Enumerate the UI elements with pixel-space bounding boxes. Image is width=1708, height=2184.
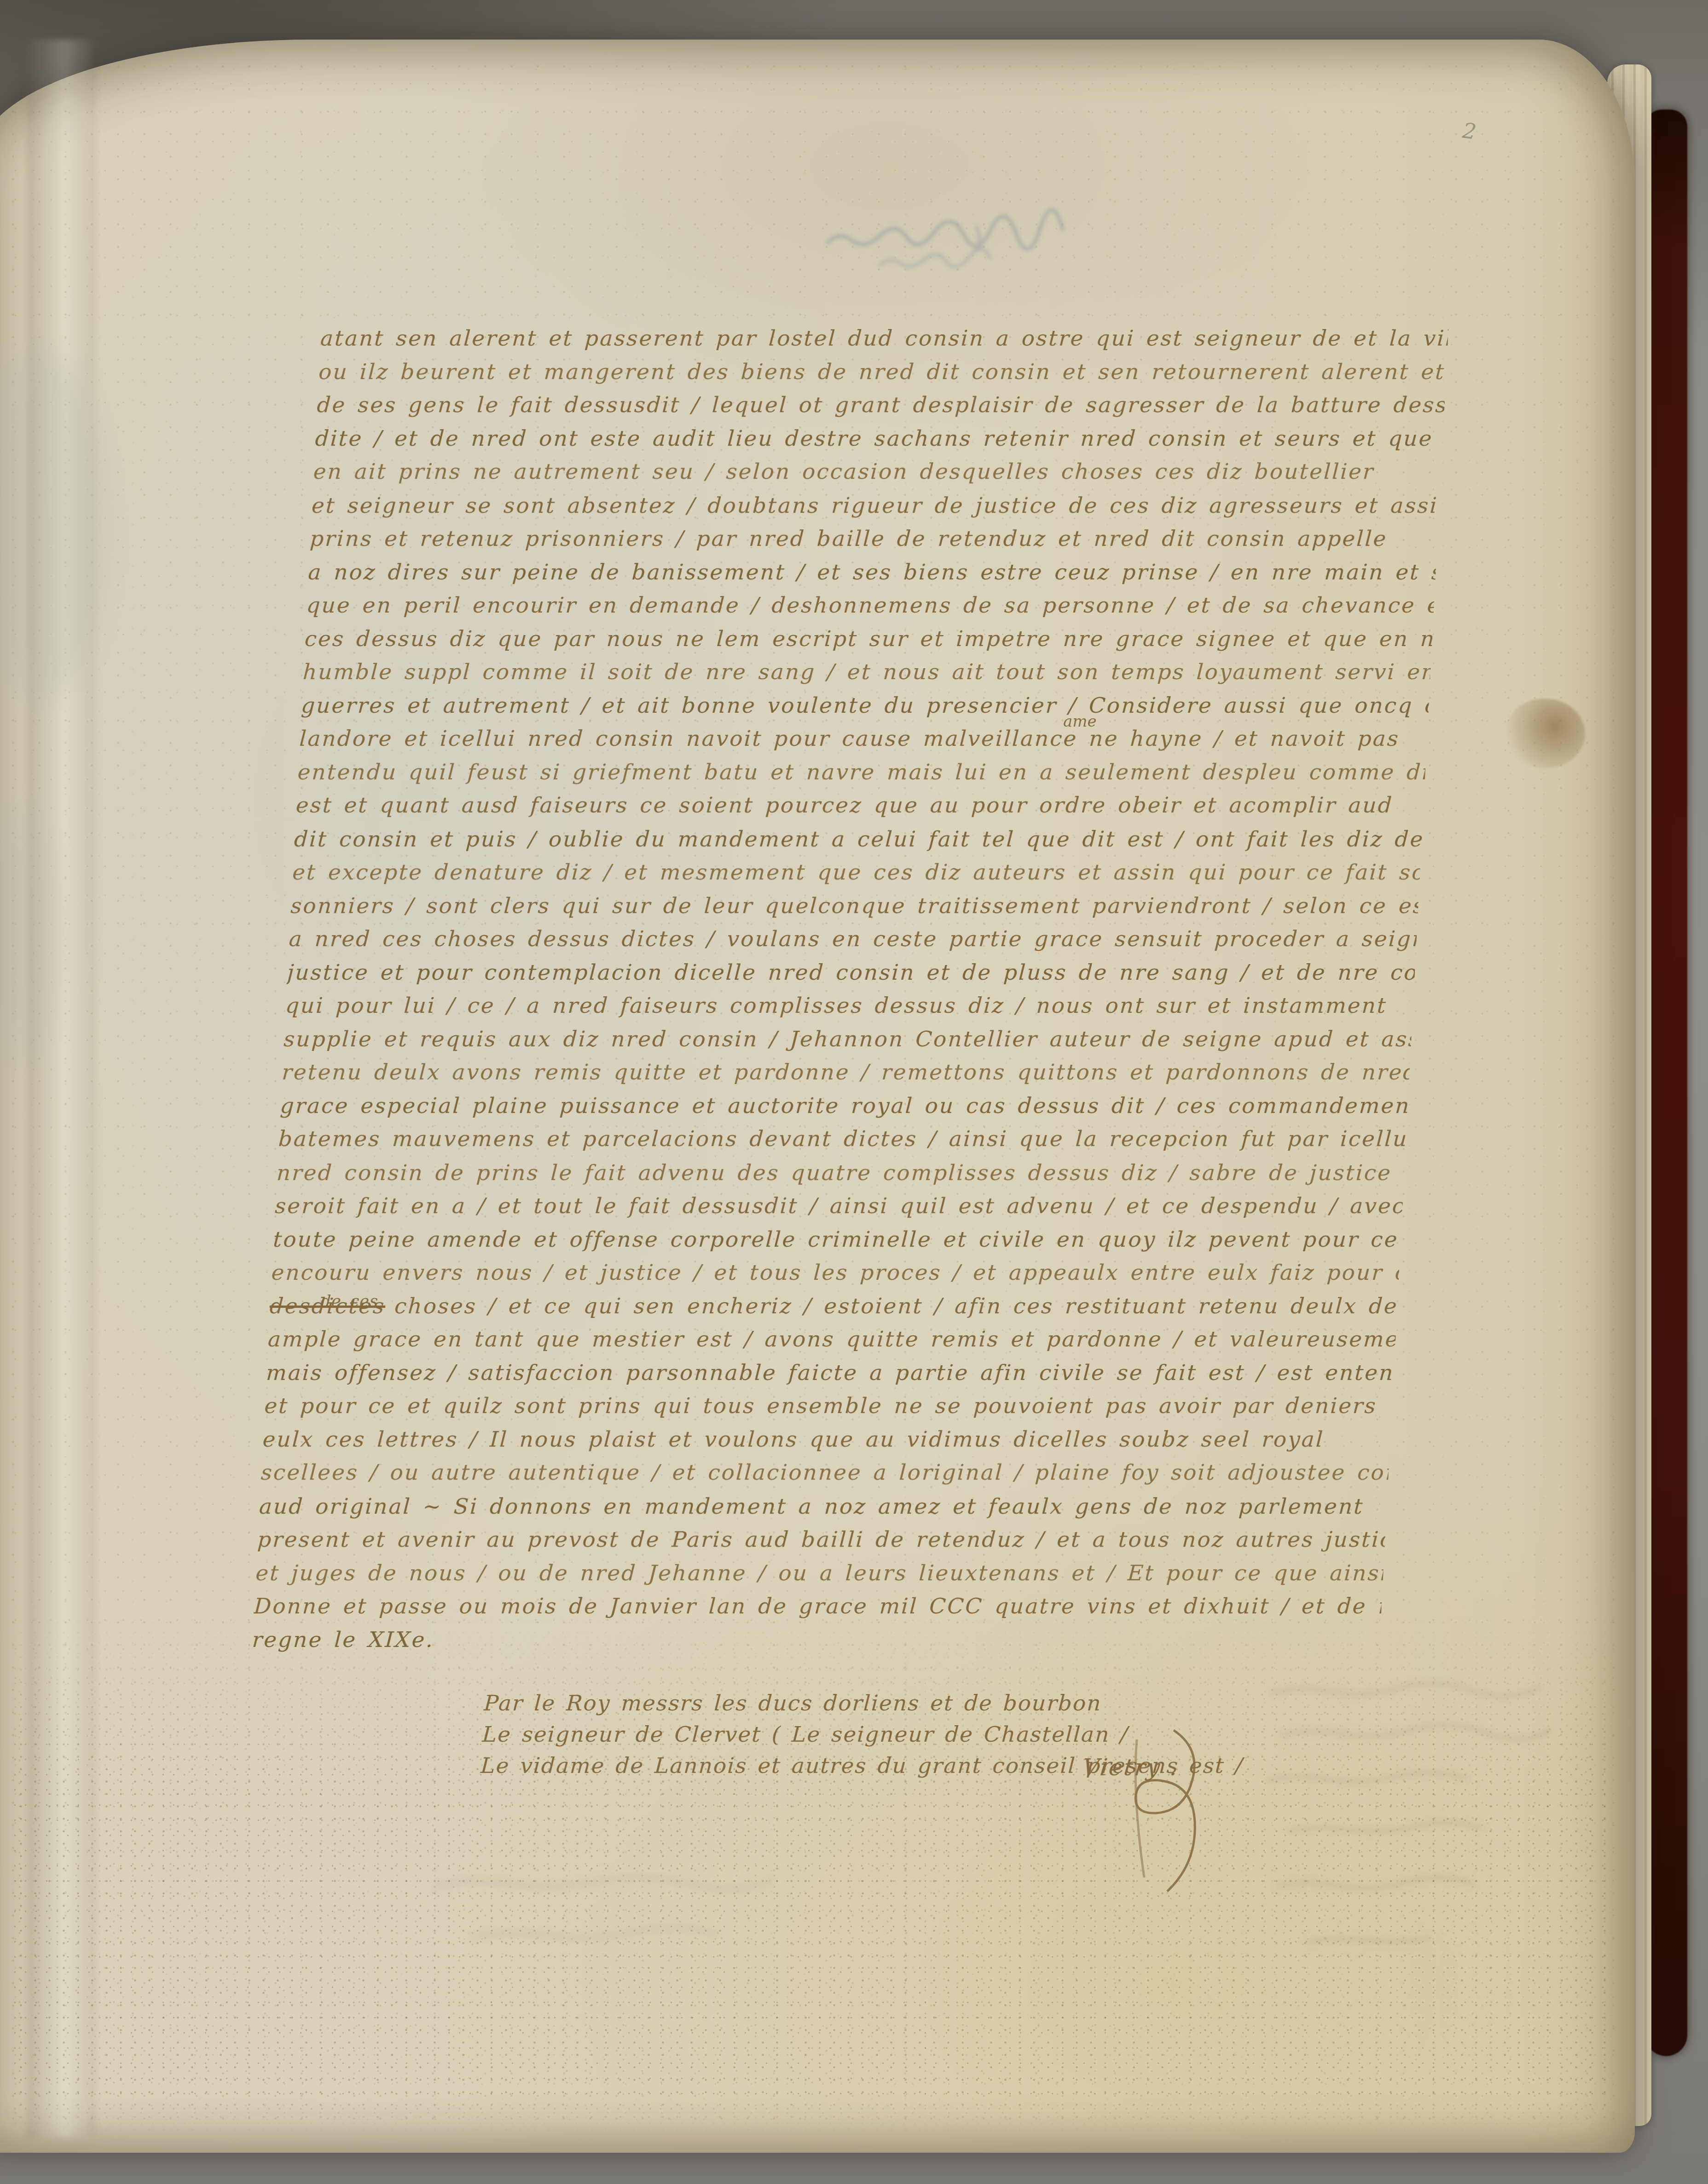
text-line: mais offensez / satisfaccion parsonnable… (265, 1357, 1395, 1390)
text-line: sonniers / sont clers qui sur de leur qu… (290, 890, 1419, 923)
text-line-content: nred consin de prins le fait advenu des … (276, 1160, 1393, 1185)
signature-line: Le seigneur de Clervet ( Le seigneur de … (481, 1719, 1174, 1751)
text-line: humble suppl comme il soit de nre sang /… (302, 656, 1431, 689)
text-line: retenu deulx avons remis quitte et pardo… (281, 1056, 1411, 1090)
text-line: a noz dires sur peine de banissement / e… (307, 556, 1437, 589)
text-line-content: et seigneur se sont absentez / doubtans … (311, 493, 1440, 518)
text-line-content: retenu deulx avons remis quitte et pardo… (281, 1060, 1410, 1085)
text-line-content: sonniers / sont clers qui sur de leur qu… (290, 893, 1419, 919)
signature-line: Le vidame de Lannois et autres du grant … (480, 1751, 1172, 1782)
text-line: que en peril encourir en demande / desho… (306, 589, 1435, 623)
text-line: et seigneur se sont absentez / doubtans … (311, 489, 1440, 523)
text-line-content: regne le XIXe. (252, 1627, 435, 1652)
text-line-content: a noz dires sur peine de banissement / e… (307, 560, 1436, 585)
ink-stain (1504, 699, 1585, 768)
text-line: Donne et passe ou mois de Janvier lan de… (253, 1590, 1383, 1624)
text-line: landore et icellui nred consin navoit po… (299, 722, 1428, 756)
bleedthrough-ghost-bottom-left (414, 1859, 828, 1997)
text-line: nred consin de prins le fait advenu des … (276, 1156, 1405, 1190)
text-line-content: qui pour lui / ce / a nred faiseurs comp… (285, 993, 1388, 1018)
interlinear-annotation: ame (1063, 712, 1097, 731)
text-line-content: supplie et requis aux diz nred consin / … (283, 1027, 1412, 1052)
text-line-content: de ses gens le fait dessusdit / lequel o… (316, 393, 1445, 418)
text-line-content: dite / et de nred ont este audit lieu de… (314, 426, 1443, 451)
text-line-content: landore et icellui nred consin navoit po… (299, 726, 1400, 751)
text-line-content: seroit fait en a / et tout le fait dessu… (274, 1193, 1403, 1219)
text-line: present et avenir au prevost de Paris au… (256, 1523, 1386, 1557)
text-line: entendu quil feust si griefment batu et … (297, 756, 1426, 790)
text-line: seroit fait en a / et tout le fait dessu… (274, 1190, 1403, 1223)
text-line-content: encouru envers nous / et justice / et to… (271, 1260, 1400, 1285)
text-line-content: en ait prins ne autrement seu / selon oc… (313, 459, 1375, 485)
text-line-content: Donne et passe ou mois de Janvier lan de… (253, 1594, 1382, 1619)
text-line-content: a nred ces choses dessus dictes / voulan… (288, 926, 1417, 952)
text-line-content: justice et pour contemplacion dicelle nr… (286, 960, 1415, 985)
text-line: est et quant ausd faiseurs ce soient pou… (295, 789, 1424, 823)
text-line: ou ilz beurent et mangerent des biens de… (318, 356, 1447, 389)
manuscript-text-block: atant sen alerent et passerent par loste… (251, 322, 1449, 1657)
text-line: ces dessus diz que par nous ne lem escri… (304, 623, 1433, 656)
text-line-content: scellees / ou autre autentique / et coll… (261, 1460, 1390, 1485)
text-line-content: guerres et autrement / et ait bonne voul… (301, 693, 1430, 718)
text-line-content: batemes mauvemens et parcelacions devant… (278, 1127, 1407, 1152)
text-line-content: choses / et ce qui sen encheriz / estoie… (394, 1294, 1398, 1319)
text-line-content: aud original ~ Si donnons en mandement a… (259, 1494, 1365, 1519)
text-line-content: que en peril encourir en demande / desho… (306, 593, 1435, 618)
text-line-content: grace especial plaine puissance et aucto… (279, 1093, 1408, 1119)
text-line-content: mais offensez / satisfaccion parsonnable… (266, 1360, 1395, 1386)
text-line: dit consin et puis / oublie du mandement… (293, 823, 1423, 856)
notarial-paraph (1118, 1721, 1220, 1896)
text-line: et excepte denature diz / et mesmement q… (291, 856, 1421, 890)
text-line: ample grace en tant que mestier est / av… (267, 1323, 1396, 1357)
text-line: de ses gens le fait dessusdit / lequel o… (316, 389, 1446, 422)
signature-block: Par le Roy messrs les ducs dorliens et d… (480, 1688, 1175, 1782)
text-line-content: humble suppl comme il soit de nre sang /… (302, 659, 1431, 685)
text-line-content: atant sen alerent et passerent par loste… (320, 326, 1449, 351)
text-line-content: est et quant ausd faiseurs ce soient pou… (295, 793, 1394, 818)
text-line-content: et excepte denature diz / et mesmement q… (292, 860, 1421, 885)
text-line-content: ample grace en tant que mestier est / av… (267, 1327, 1396, 1352)
text-line: toute peine amende et offense corporelle… (272, 1223, 1402, 1257)
text-line: aud original ~ Si donnons en mandement a… (258, 1490, 1388, 1524)
text-line-content: et pour ce et quilz sont prins qui tous … (264, 1393, 1378, 1419)
text-line: encouru envers nous / et justice / et to… (271, 1256, 1400, 1290)
text-line: guerres et autrement / et ait bonne voul… (300, 689, 1430, 723)
interlinear-correction: de ces (320, 1290, 379, 1319)
text-line: eulx ces lettres / Il nous plaist et vou… (262, 1423, 1391, 1457)
signature-line: Par le Roy messrs les ducs dorliens et d… (483, 1688, 1175, 1719)
text-line: scellees / ou autre autentique / et coll… (260, 1456, 1390, 1490)
text-line: grace especial plaine puissance et aucto… (279, 1090, 1409, 1123)
offset-ink-ghost (824, 212, 1174, 290)
text-line: en ait prins ne autrement seu / selon oc… (313, 456, 1442, 489)
text-line: justice et pour contemplacion dicelle nr… (286, 956, 1416, 990)
text-line: supplie et requis aux diz nred consin / … (283, 1023, 1412, 1057)
text-line: dite / et de nred ont este audit lieu de… (314, 422, 1444, 456)
text-line: prins et retenuz prisonniers / par nred … (309, 522, 1438, 556)
text-line: qui pour lui / ce / a nred faiseurs comp… (284, 989, 1414, 1023)
text-line-content: toute peine amende et offense corporelle… (272, 1227, 1401, 1252)
text-line-content: present et avenir au prevost de Paris au… (257, 1527, 1386, 1552)
text-line: et pour ce et quilz sont prins qui tous … (264, 1390, 1393, 1423)
text-line-content: ou ilz beurent et mangerent des biens de… (318, 359, 1447, 385)
text-line: et juges de nous / ou de nred Jehanne / … (255, 1557, 1384, 1590)
text-line-content: et juges de nous / ou de nred Jehanne / … (255, 1560, 1384, 1586)
text-line-content: eulx ces lettres / Il nous plaist et vou… (262, 1427, 1325, 1452)
manuscript-photo: 2 atant sen alerent et passerent par los… (0, 0, 1708, 2184)
text-line: atant sen alerent et passerent par loste… (319, 322, 1449, 356)
text-line: batemes mauvemens et parcelacions devant… (278, 1123, 1407, 1156)
text-line-content: entendu quil feust si griefment batu et … (297, 760, 1426, 785)
text-line-content: dit consin et puis / oublie du mandement… (294, 826, 1423, 852)
bleedthrough-ghost-bottom-right (1252, 1666, 1583, 2016)
text-line-content: ces dessus diz que par nous ne lem escri… (304, 626, 1433, 652)
text-line-content: prins et retenuz prisonniers / par nred … (309, 526, 1388, 551)
text-line: de cesdesdicteschoses / et ce qui sen en… (269, 1290, 1398, 1323)
text-line: regne le XIXe. (251, 1624, 1381, 1657)
text-line: a nred ces choses dessus dictes / voulan… (288, 923, 1418, 956)
